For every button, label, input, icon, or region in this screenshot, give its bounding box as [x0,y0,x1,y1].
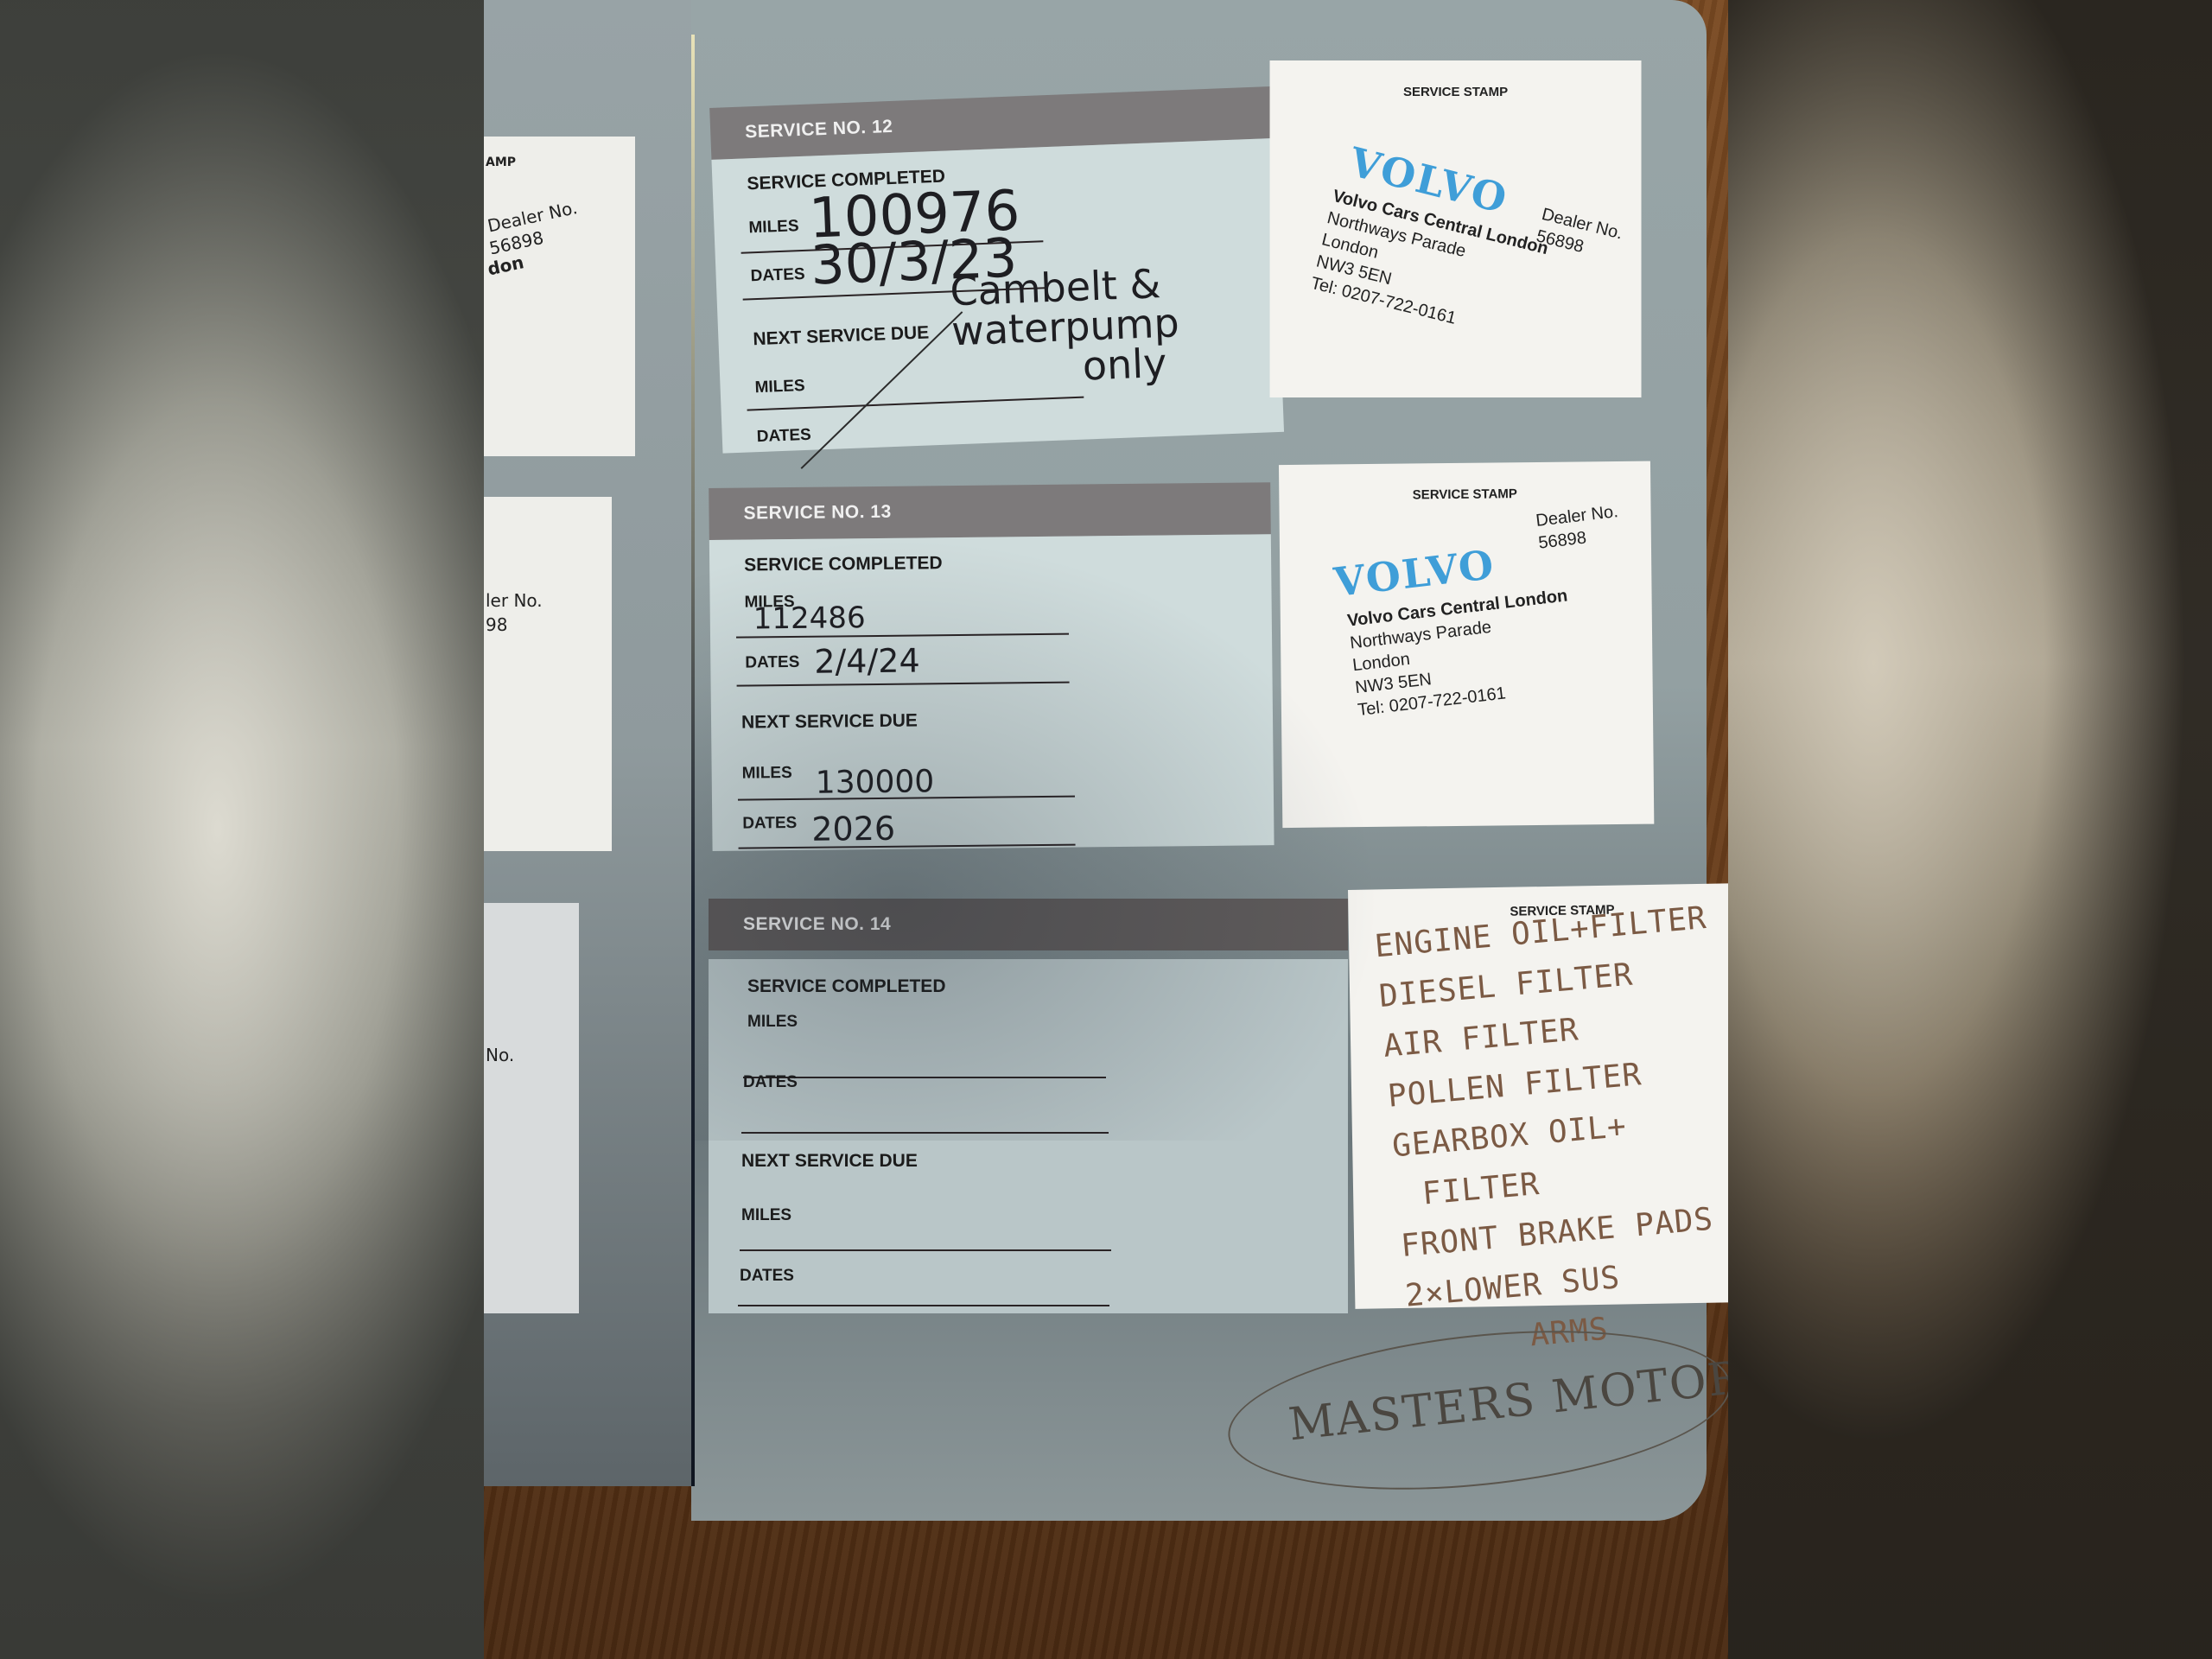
next-date-label: DATES [740,1267,794,1286]
completed-miles-label: MILES [748,217,799,238]
miles-line [743,1077,1106,1078]
dealer-no-fragment: 98 [486,614,507,635]
dealer-no-label-fragment: ler No. [486,590,543,611]
service-title: SERVICE NO. 13 [709,482,1271,540]
handwritten-service-notes: ENGINE OIL+FILTER DIESEL FILTER AIR FILT… [1373,893,1728,1372]
dealer-number: Dealer No. 56898 [1535,500,1622,555]
right-page: SERVICE NO. 12 SERVICE COMPLETED MILES 1… [691,0,1707,1521]
dealer-address: Volvo Cars Central London Northways Para… [1308,185,1550,347]
left-stamp-fragment: AMP Dealer No. 56898 don [484,137,635,456]
service-form: SERVICE COMPLETED MILES DATES NEXT SERVI… [709,959,1348,1313]
service-book-photo: AMP Dealer No. 56898 don ler No. 98 No. … [484,0,1728,1659]
completed-date-label: DATES [743,1073,798,1092]
service-form: SERVICE COMPLETED MILES 112486 DATES 2/4… [709,534,1274,851]
next-miles-label: MILES [754,377,805,397]
service-title: SERVICE NO. 14 [709,899,1348,950]
completed-date-label: DATES [750,265,805,286]
next-service-due-label: NEXT SERVICE DUE [741,1151,918,1172]
next-service-due-label: NEXT SERVICE DUE [753,322,930,350]
booklet-spine [691,35,695,1486]
next-service-due-label: NEXT SERVICE DUE [741,710,918,733]
stamp-title: SERVICE STAMP [1270,85,1642,99]
completed-miles-value: 112486 [753,601,866,636]
service-completed-label: SERVICE COMPLETED [744,553,943,575]
dealer-no-label-fragment: No. [486,1045,514,1065]
next-miles-line [740,1249,1111,1251]
completed-date-label: DATES [745,653,799,673]
dates-line [737,682,1070,687]
stamp-header-fragment: AMP [486,156,516,169]
service-record-12: SERVICE NO. 12 SERVICE COMPLETED MILES 1… [709,44,1693,82]
completed-date-value: 2/4/24 [814,641,920,680]
service-stamp-box: SERVICE STAMP VOLVO Dealer No. 56898 Vol… [1279,461,1654,828]
service-stamp-box: SERVICE STAMP VOLVO Dealer No. 56898 Vol… [1270,60,1642,397]
service-note: Cambelt & waterpump only [950,263,1182,391]
next-date-label: DATES [742,814,797,834]
blurred-background-right [1728,0,2212,1659]
next-miles-line [747,397,1084,411]
next-date-label: DATES [756,426,811,447]
completed-miles-label: MILES [747,1013,798,1032]
stamp-title: SERVICE STAMP [1279,486,1650,505]
blurred-background-left [0,0,484,1659]
dates-line [741,1132,1109,1134]
service-completed-label: SERVICE COMPLETED [747,976,945,997]
next-miles-label: MILES [742,764,792,784]
next-date-value: 2026 [811,810,895,849]
service-record-13: SERVICE NO. 13 SERVICE COMPLETED MILES 1… [709,461,1694,471]
service-form: SERVICE COMPLETED MILES 100976 DATES 30/… [711,138,1284,454]
dealer-number: Dealer No. 56898 [1534,203,1624,267]
dealer-address: Volvo Cars Central London Northways Para… [1346,584,1580,721]
service-stamp-box: SERVICE STAMP ENGINE OIL+FILTER DIESEL F… [1348,882,1728,1309]
next-miles-value: 130000 [816,764,935,800]
left-stamp-fragment: No. [484,903,579,1313]
left-page: AMP Dealer No. 56898 don ler No. 98 No. [484,0,700,1486]
next-miles-label: MILES [741,1206,791,1225]
next-dates-line [738,1305,1109,1306]
next-dates-line [739,844,1076,849]
left-stamp-fragment: ler No. 98 [484,497,612,851]
